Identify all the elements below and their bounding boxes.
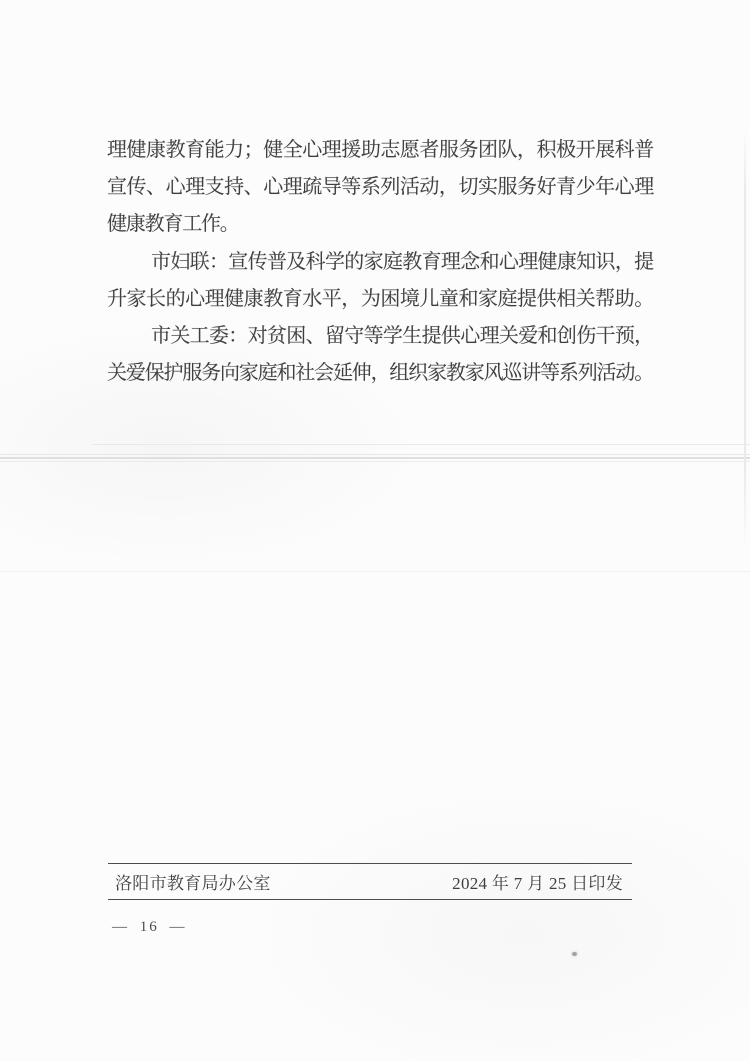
scan-fold-line xyxy=(92,444,750,445)
scan-edge-shadow xyxy=(744,130,746,550)
body-text-line: 理健康教育能力；健全心理援助志愿者服务团队，积极开展科普 xyxy=(107,132,653,169)
footer-issuer: 洛阳市教育局办公室 xyxy=(108,869,271,894)
body-text-line: 关爱保护服务向家庭和社会延伸，组织家教家风巡讲等系列活动。 xyxy=(107,355,653,392)
body-text-line: 升家长的心理健康教育水平，为困境儿童和家庭提供相关帮助。 xyxy=(107,281,653,318)
scan-fold-line xyxy=(0,571,750,572)
page-number: — 16 — xyxy=(112,919,187,936)
colophon-box: 洛阳市教育局办公室 2024 年 7 月 25 日印发 xyxy=(108,863,632,900)
footer-print-date: 2024 年 7 月 25 日印发 xyxy=(452,869,632,894)
body-text: 理健康教育能力；健全心理援助志愿者服务团队，积极开展科普 宣传、心理支持、心理疏… xyxy=(107,132,653,392)
scan-fold-band xyxy=(0,453,750,463)
body-text-line: 市关工委：对贫困、留守等学生提供心理关爱和创伤干预， xyxy=(107,318,653,355)
body-text-line: 宣传、心理支持、心理疏导等系列活动，切实服务好青少年心理 xyxy=(107,169,653,206)
body-text-line: 健康教育工作。 xyxy=(107,206,653,243)
document-page: 理健康教育能力；健全心理援助志愿者服务团队，积极开展科普 宣传、心理支持、心理疏… xyxy=(0,0,750,1061)
scan-speck xyxy=(572,952,577,956)
body-text-line: 市妇联：宣传普及科学的家庭教育理念和心理健康知识，提 xyxy=(107,244,653,281)
